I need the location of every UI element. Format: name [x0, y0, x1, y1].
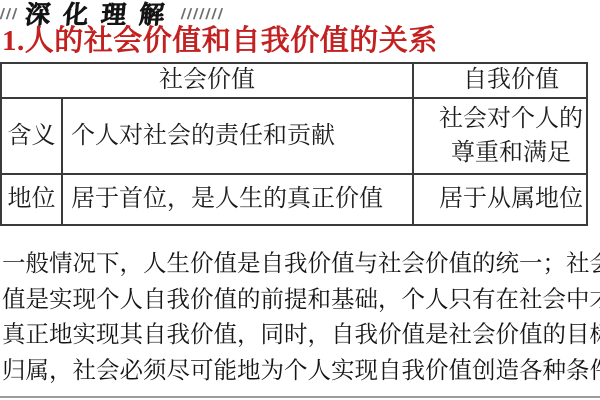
cell-meaning-self: 社会对个人的尊重和满足 — [414, 99, 586, 175]
table-header-social-value: 社会价值 — [2, 64, 414, 99]
value-comparison-table: 社会价值 自我价值 含义 个人对社会的责任和贡献 社会对个人的尊重和满足 地位 … — [0, 62, 588, 226]
row-label-meaning: 含义 — [2, 99, 63, 175]
bottom-divider — [0, 396, 600, 398]
cell-status-social: 居于首位，是人生的真正价值 — [63, 175, 414, 224]
page-title: 1.人的社会价值和自我价值的关系 — [2, 25, 438, 58]
slide: /// 深化理解 /////// 1.人的社会价值和自我价值的关系 社会价值 自… — [0, 0, 600, 400]
row-label-status: 地位 — [2, 175, 63, 224]
paragraph-line-3: 真正地实现其自我价值，同时，自我价值是社会价值的目标 — [0, 318, 600, 354]
summary-paragraph: 一般情况下，人生价值是自我价值与社会价值的统一；社会 值是实现个人自我价值的前提… — [0, 247, 600, 389]
paragraph-line-4: 归属，社会必须尽可能地为个人实现自我价值创造各种条件 — [0, 354, 600, 390]
paragraph-line-1: 一般情况下，人生价值是自我价值与社会价值的统一；社会 — [0, 247, 600, 283]
table-header-self-value: 自我价值 — [414, 64, 586, 99]
cell-status-self: 居于从属地位 — [414, 175, 586, 224]
paragraph-line-2: 值是实现个人自我价值的前提和基础，个人只有在社会中才 — [0, 283, 600, 319]
cell-meaning-social: 个人对社会的责任和贡献 — [63, 99, 414, 175]
